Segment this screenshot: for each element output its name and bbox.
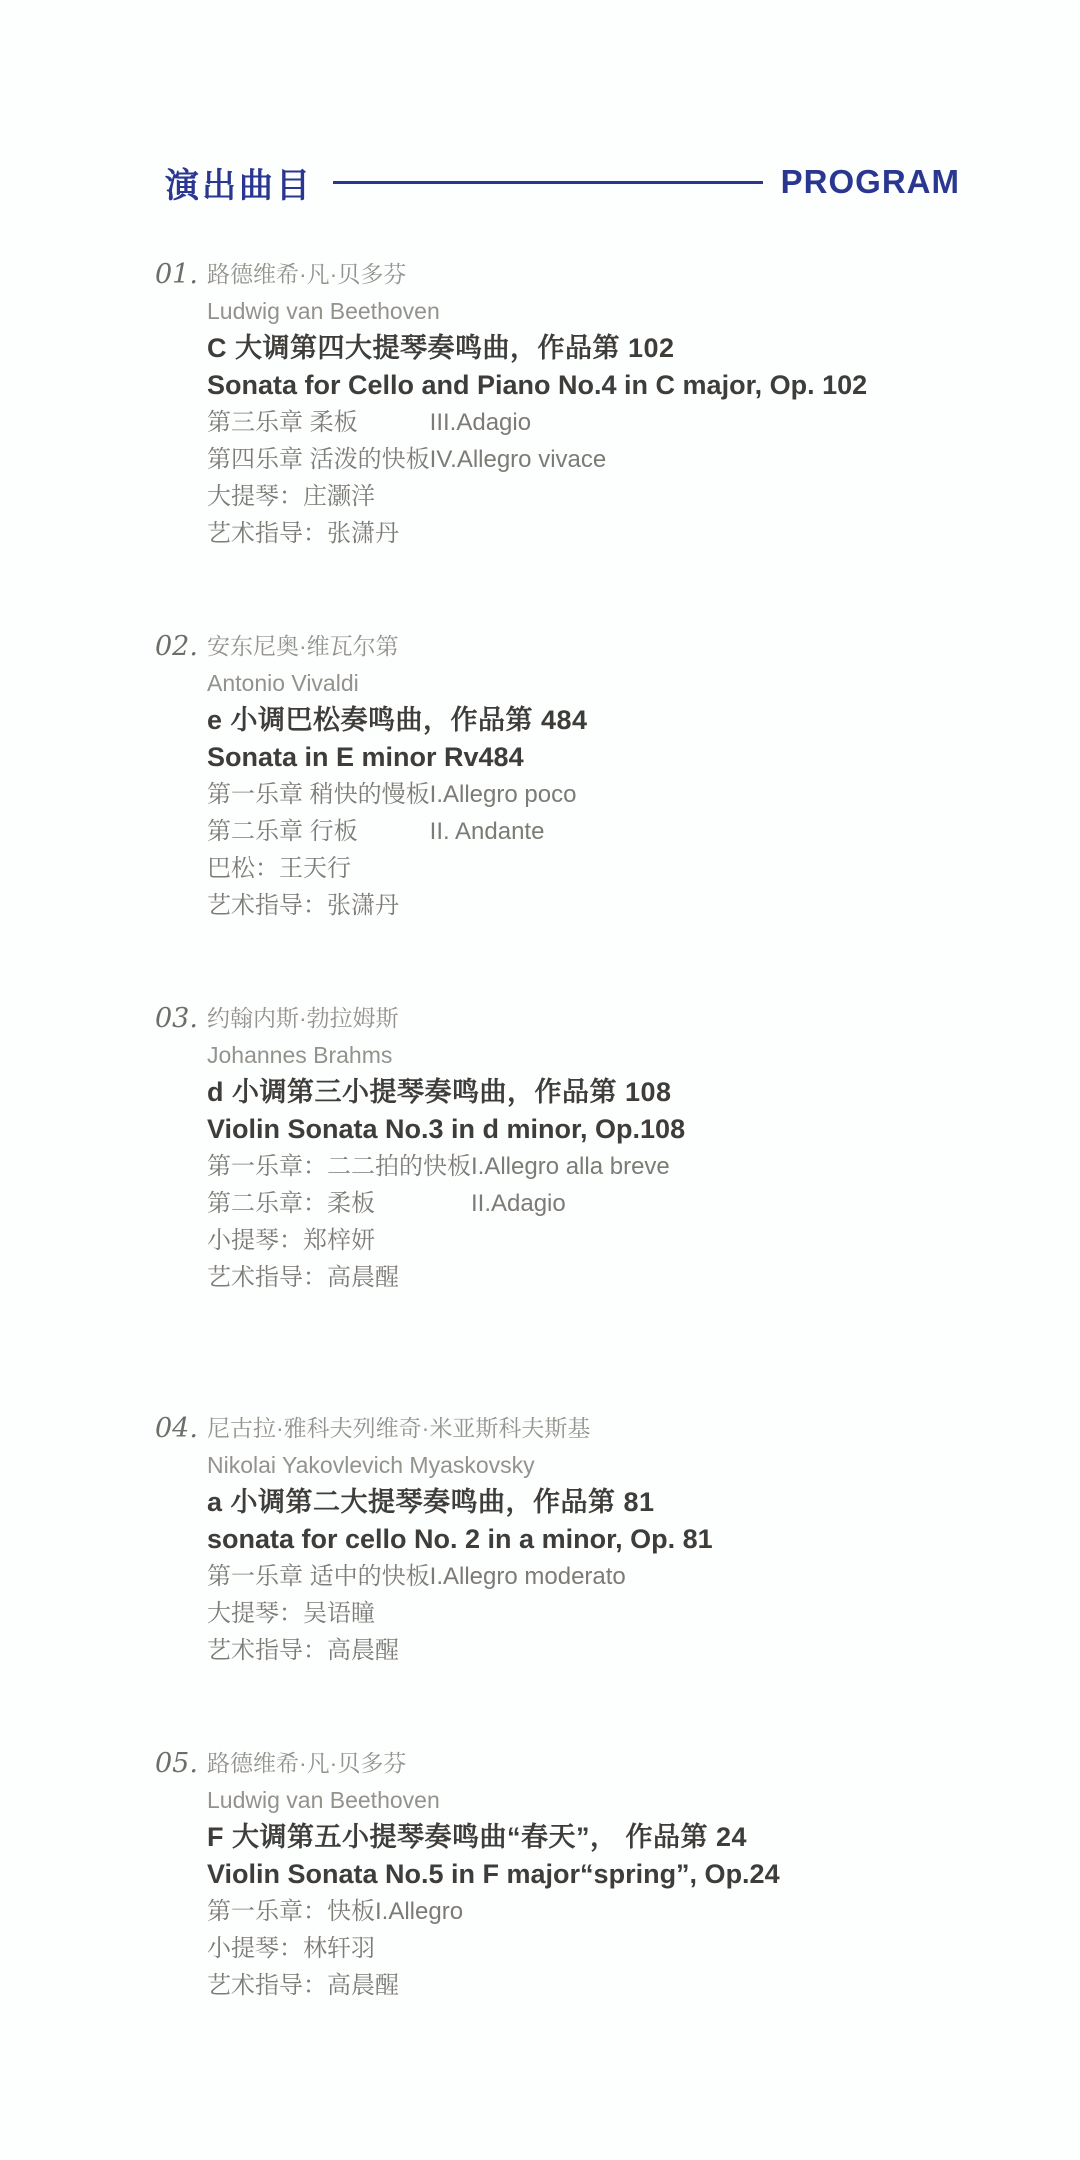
- artistic-director-line: 艺术指导：张潇丹: [207, 887, 960, 924]
- artistic-director-line: 艺术指导：高晨醒: [207, 1259, 960, 1296]
- movement-name-cn: 第四乐章 活泼的快板: [207, 441, 430, 478]
- movement-name-cn: 第一乐章：二二拍的快板: [207, 1148, 471, 1185]
- movement-row: 第一乐章 适中的快板 I.Allegro moderato: [207, 1558, 626, 1595]
- item-body: 路德维希·凡·贝多芬 Ludwig van Beethoven C 大调第四大提…: [207, 256, 960, 552]
- program-item-05: 05. 路德维希·凡·贝多芬 Ludwig van Beethoven F 大调…: [155, 1745, 960, 2004]
- program-item-01: 01. 路德维希·凡·贝多芬 Ludwig van Beethoven C 大调…: [155, 256, 960, 552]
- item-body: 尼古拉·雅科夫列维奇·米亚斯科夫斯基 Nikolai Yakovlevich M…: [207, 1410, 960, 1669]
- composer-name-cn: 尼古拉·雅科夫列维奇·米亚斯科夫斯基: [207, 1410, 960, 1447]
- piece-title-en: Violin Sonata No.5 in F major“spring”, O…: [207, 1856, 960, 1893]
- movement-name-cn: 第一乐章：快板: [207, 1893, 375, 1930]
- artistic-director-line: 艺术指导：高晨醒: [207, 1967, 960, 2004]
- movement-row: 第一乐章：快板 I.Allegro: [207, 1893, 463, 1930]
- program-item-03: 03. 约翰内斯·勃拉姆斯 Johannes Brahms d 小调第三小提琴奏…: [155, 1000, 960, 1296]
- composer-name-cn: 安东尼奥·维瓦尔第: [207, 628, 960, 665]
- piece-title-en: Sonata for Cello and Piano No.4 in C maj…: [207, 367, 960, 404]
- movement-tempo-en: I.Allegro poco: [430, 776, 577, 813]
- page-title-cn: 演出曲目: [165, 158, 313, 207]
- composer-name-en: Johannes Brahms: [207, 1037, 960, 1074]
- performer-line: 小提琴：林轩羽: [207, 1930, 960, 1967]
- movement-list: 第一乐章 稍快的慢板 I.Allegro poco 第二乐章 行板 II. An…: [207, 776, 576, 850]
- piece-title-cn: a 小调第二大提琴奏鸣曲，作品第 81: [207, 1484, 960, 1521]
- movement-row: 第二乐章：柔板 II.Adagio: [207, 1185, 670, 1222]
- piece-title-cn: F 大调第五小提琴奏鸣曲“春天”， 作品第 24: [207, 1819, 960, 1856]
- movement-name-cn: 第三乐章 柔板: [207, 404, 430, 441]
- item-number: 04.: [155, 1410, 207, 1669]
- movement-row: 第四乐章 活泼的快板 IV.Allegro vivace: [207, 441, 606, 478]
- piece-title-en: Sonata in E minor Rv484: [207, 739, 960, 776]
- composer-name-cn: 路德维希·凡·贝多芬: [207, 256, 960, 293]
- program-item-04: 04. 尼古拉·雅科夫列维奇·米亚斯科夫斯基 Nikolai Yakovlevi…: [155, 1410, 960, 1669]
- artistic-director-line: 艺术指导：高晨醒: [207, 1632, 960, 1669]
- performer-line: 大提琴：庄灏洋: [207, 478, 960, 515]
- movement-row: 第一乐章：二二拍的快板 I.Allegro alla breve: [207, 1148, 670, 1185]
- page-header: 演出曲目 PROGRAM: [165, 160, 960, 204]
- artistic-director-line: 艺术指导：张潇丹: [207, 515, 960, 552]
- item-number: 03.: [155, 1000, 207, 1296]
- movement-tempo-en: II.Adagio: [471, 1185, 670, 1222]
- movement-name-cn: 第一乐章 适中的快板: [207, 1558, 430, 1595]
- composer-name-cn: 约翰内斯·勃拉姆斯: [207, 1000, 960, 1037]
- movement-tempo-en: I.Allegro alla breve: [471, 1148, 670, 1185]
- piece-title-cn: d 小调第三小提琴奏鸣曲，作品第 108: [207, 1074, 960, 1111]
- piece-title-cn: e 小调巴松奏鸣曲，作品第 484: [207, 702, 960, 739]
- movement-list: 第三乐章 柔板 III.Adagio 第四乐章 活泼的快板 IV.Allegro…: [207, 404, 606, 478]
- movement-tempo-en: I.Allegro: [375, 1893, 463, 1930]
- movement-name-cn: 第一乐章 稍快的慢板: [207, 776, 430, 813]
- movement-row: 第二乐章 行板 II. Andante: [207, 813, 576, 850]
- item-number: 05.: [155, 1745, 207, 2004]
- performer-line: 大提琴：吴语瞳: [207, 1595, 960, 1632]
- item-number: 02.: [155, 628, 207, 924]
- piece-title-en: sonata for cello No. 2 in a minor, Op. 8…: [207, 1521, 960, 1558]
- page-title-en: PROGRAM: [781, 163, 960, 201]
- movement-tempo-en: III.Adagio: [430, 404, 607, 441]
- program-item-02: 02. 安东尼奥·维瓦尔第 Antonio Vivaldi e 小调巴松奏鸣曲，…: [155, 628, 960, 924]
- performer-line: 巴松：王天行: [207, 850, 960, 887]
- composer-name-en: Antonio Vivaldi: [207, 665, 960, 702]
- item-body: 约翰内斯·勃拉姆斯 Johannes Brahms d 小调第三小提琴奏鸣曲，作…: [207, 1000, 960, 1296]
- movement-name-cn: 第二乐章 行板: [207, 813, 430, 850]
- item-body: 路德维希·凡·贝多芬 Ludwig van Beethoven F 大调第五小提…: [207, 1745, 960, 2004]
- piece-title-cn: C 大调第四大提琴奏鸣曲，作品第 102: [207, 330, 960, 367]
- movement-list: 第一乐章：二二拍的快板 I.Allegro alla breve 第二乐章：柔板…: [207, 1148, 670, 1222]
- movement-tempo-en: IV.Allegro vivace: [430, 441, 607, 478]
- performer-line: 小提琴：郑梓妍: [207, 1222, 960, 1259]
- composer-name-en: Ludwig van Beethoven: [207, 293, 960, 330]
- movement-list: 第一乐章：快板 I.Allegro: [207, 1893, 463, 1930]
- movement-row: 第三乐章 柔板 III.Adagio: [207, 404, 606, 441]
- item-body: 安东尼奥·维瓦尔第 Antonio Vivaldi e 小调巴松奏鸣曲，作品第 …: [207, 628, 960, 924]
- movement-list: 第一乐章 适中的快板 I.Allegro moderato: [207, 1558, 626, 1595]
- movement-row: 第一乐章 稍快的慢板 I.Allegro poco: [207, 776, 576, 813]
- piece-title-en: Violin Sonata No.3 in d minor, Op.108: [207, 1111, 960, 1148]
- header-divider-line: [333, 181, 763, 184]
- composer-name-en: Nikolai Yakovlevich Myaskovsky: [207, 1447, 960, 1484]
- movement-name-cn: 第二乐章：柔板: [207, 1185, 471, 1222]
- composer-name-cn: 路德维希·凡·贝多芬: [207, 1745, 960, 1782]
- program-page: 演出曲目 PROGRAM 01. 路德维希·凡·贝多芬 Ludwig van B…: [0, 0, 1080, 2160]
- item-number: 01.: [155, 256, 207, 552]
- composer-name-en: Ludwig van Beethoven: [207, 1782, 960, 1819]
- movement-tempo-en: II. Andante: [430, 813, 577, 850]
- movement-tempo-en: I.Allegro moderato: [430, 1558, 626, 1595]
